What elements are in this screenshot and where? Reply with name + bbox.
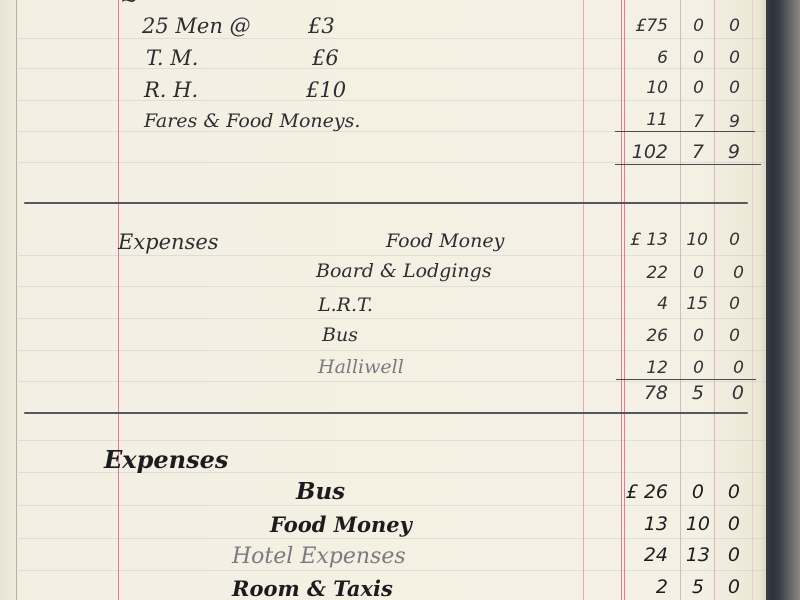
amount-pounds: 6 xyxy=(600,50,668,67)
amount-pounds: 12 xyxy=(600,360,668,377)
total-pence: 9 xyxy=(714,143,740,162)
entry-label: Bus xyxy=(322,326,358,345)
amount-pence: 0 xyxy=(714,80,740,97)
amount-shillings: 5 xyxy=(680,578,704,597)
ledger-page: ~ 25 Men @ £3 £75 0 0 T. M. £6 6 0 0 R. … xyxy=(0,0,768,600)
ruled-line xyxy=(18,100,766,101)
column-rule xyxy=(583,0,584,600)
amount-shillings: 0 xyxy=(680,50,704,67)
page-edge-line xyxy=(16,0,17,600)
total-pounds: 102 xyxy=(600,143,668,162)
total-pence: 0 xyxy=(714,384,744,403)
amount-pence: 0 xyxy=(714,265,744,282)
amount-pence: 0 xyxy=(714,546,740,565)
entry-rate: £6 xyxy=(312,48,339,69)
subtotal-rule xyxy=(616,379,756,380)
amount-shillings: 10 xyxy=(680,515,710,534)
amount-pounds: 11 xyxy=(600,112,668,129)
entry-rate: £10 xyxy=(306,80,346,101)
ruled-line xyxy=(18,505,766,506)
amount-pence: 9 xyxy=(714,114,740,131)
amount-pounds: £75 xyxy=(600,18,668,35)
entry-label: Fares & Food Moneys. xyxy=(144,112,360,131)
amount-shillings: 0 xyxy=(680,265,704,282)
entry-label: R. H. xyxy=(144,80,198,101)
book-spine xyxy=(766,0,800,600)
amount-shillings: 0 xyxy=(680,483,704,502)
entry-label: Food Money xyxy=(270,514,412,535)
amount-pounds: 24 xyxy=(600,546,668,565)
amount-pounds: 22 xyxy=(600,265,668,282)
subtotal-rule xyxy=(615,131,755,132)
amount-pounds: 4 xyxy=(600,296,668,313)
section-heading: Expenses xyxy=(118,232,219,253)
ruled-line xyxy=(18,440,766,441)
entry-label: Room & Taxis xyxy=(232,578,393,599)
ruled-line xyxy=(18,538,766,539)
entry-label: Food Money xyxy=(386,232,504,251)
amount-pence: 0 xyxy=(714,483,740,502)
amount-pence: 0 xyxy=(714,360,744,377)
amount-pence: 0 xyxy=(714,296,740,313)
entry-label: Bus xyxy=(296,480,345,503)
amount-shillings: 0 xyxy=(680,328,704,345)
page-right-rule xyxy=(752,0,753,600)
entry-label: T. M. xyxy=(146,48,198,69)
entry-label: 25 Men @ xyxy=(142,16,251,37)
total-pounds: 78 xyxy=(600,384,668,403)
ruled-line xyxy=(18,350,766,351)
entry-label: Halliwell xyxy=(318,358,404,377)
section-divider xyxy=(24,412,748,414)
amount-pounds: £ 13 xyxy=(600,232,668,249)
ruled-line xyxy=(18,318,766,319)
amount-shillings: 0 xyxy=(680,18,704,35)
amount-pounds: 2 xyxy=(600,578,668,597)
amount-pence: 0 xyxy=(714,515,740,534)
entry-label: Hotel Expenses xyxy=(232,546,406,568)
ruled-line xyxy=(18,68,766,69)
section-heading: Expenses xyxy=(104,448,228,472)
amount-pence: 0 xyxy=(714,18,740,35)
heading-fragment: ~ xyxy=(120,0,138,11)
amount-shillings: 13 xyxy=(680,546,710,565)
section-divider xyxy=(24,202,748,204)
amount-pounds: 10 xyxy=(600,80,668,97)
ruled-line xyxy=(18,286,766,287)
amount-shillings: 15 xyxy=(680,296,708,313)
amount-shillings: 0 xyxy=(680,80,704,97)
ruled-line xyxy=(18,38,766,39)
margin-rule xyxy=(118,0,119,600)
amount-shillings: 10 xyxy=(680,232,708,249)
amount-pounds: 26 xyxy=(600,328,668,345)
amount-shillings: 7 xyxy=(680,114,704,131)
amount-pence: 0 xyxy=(714,50,740,67)
amount-pence: 0 xyxy=(714,578,740,597)
amount-pounds: 13 xyxy=(600,515,668,534)
amount-pence: 0 xyxy=(714,232,740,249)
amount-shillings: 0 xyxy=(680,360,704,377)
total-rule xyxy=(615,164,761,165)
amount-pence: 0 xyxy=(714,328,740,345)
amount-pounds: £ 26 xyxy=(590,483,668,502)
ruled-line xyxy=(18,570,766,571)
ruled-line xyxy=(18,255,766,256)
entry-label: Board & Lodgings xyxy=(316,262,492,281)
total-shillings: 5 xyxy=(680,384,704,403)
entry-rate: £3 xyxy=(308,16,335,37)
total-shillings: 7 xyxy=(680,143,704,162)
entry-label: L.R.T. xyxy=(318,296,373,315)
